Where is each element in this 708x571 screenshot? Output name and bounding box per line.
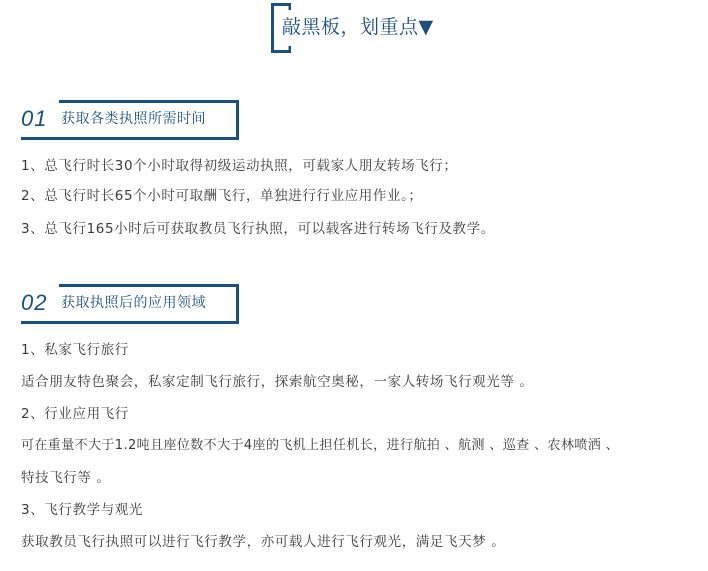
subheading-private-flight: 1、私家飞行旅行 [21,340,129,360]
section-heading-02: 02 获取执照后的应用领域 [21,284,239,324]
subheading-teaching-sightseeing: 3、飞行教学与观光 [21,500,143,520]
section-heading-01: 01 获取各类执照所需时间 [21,100,239,140]
section-number: 02 [21,289,47,317]
page-title-block: 敲黑板，划重点▼ [271,3,471,53]
paragraph: 特技飞行等 。 [21,468,111,488]
heading-border-top [59,284,239,287]
heading-border-top [59,100,239,103]
paragraph: 获取教员飞行执照可以进行飞行教学，亦可载人进行飞行观光，满足飞天梦 。 [21,532,505,552]
heading-border-bottom [21,137,239,140]
section-heading-text: 获取各类执照所需时间 [61,108,206,130]
list-item: 3、总飞行165小时后可获取教员飞行执照，可以载客进行转场飞行及教学。 [21,219,495,239]
section-number: 01 [21,105,47,133]
section-heading-text: 获取执照后的应用领域 [61,292,206,314]
heading-border-bottom [21,321,239,324]
list-item: 2、总飞行时长65个小时可取酬飞行，单独进行行业应用作业。； [21,186,423,206]
page-title: 敲黑板，划重点▼ [282,13,434,41]
subheading-industry-flight: 2、行业应用飞行 [21,404,129,424]
heading-border-right [236,284,239,324]
list-item: 1、总飞行时长30个小时取得初级运动执照，可载家人朋友转场飞行； [21,156,457,176]
paragraph: 可在重量不大于1.2吨且座位数不大于4座的飞机上担任机长，进行航拍 、航测 、巡… [21,436,619,456]
heading-border-right [236,100,239,140]
paragraph: 适合朋友特色聚会，私家定制飞行旅行，探索航空奥秘，一家人转场飞行观光等 。 [21,372,534,392]
